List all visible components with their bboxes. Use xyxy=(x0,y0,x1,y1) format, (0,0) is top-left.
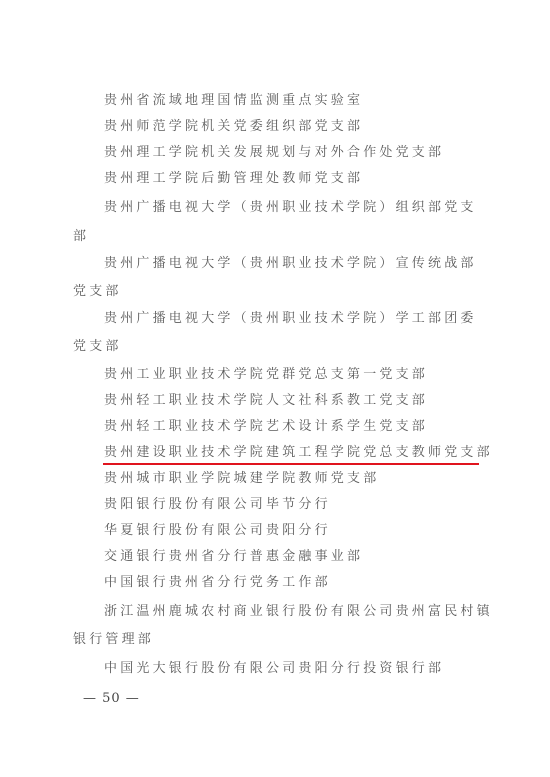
entry-line: 贵州省流域地理国情监测重点实验室 xyxy=(104,93,363,109)
entry-line-continuation: 部 xyxy=(73,229,89,245)
highlighted-entry-line: 贵州建设职业技术学院建筑工程学院党总支教师党支部 xyxy=(104,445,493,461)
entry-line: 贵州理工学院后勤管理处教师党支部 xyxy=(104,171,363,187)
entry-line: 贵州广播电视大学（贵州职业技术学院）组织部党支 xyxy=(104,200,477,216)
document-page: 贵州省流域地理国情监测重点实验室 贵州师范学院机关党委组织部党支部 贵州理工学院… xyxy=(0,0,550,777)
entry-line-continuation: 党支部 xyxy=(73,284,122,300)
entry-line: 中国银行贵州省分行党务工作部 xyxy=(104,575,331,591)
entry-line: 贵州广播电视大学（贵州职业技术学院）学工部团委 xyxy=(104,311,477,327)
entry-line: 贵州广播电视大学（贵州职业技术学院）宣传统战部 xyxy=(104,256,477,272)
entry-line-continuation: 党支部 xyxy=(73,339,122,355)
entry-line: 中国光大银行股份有限公司贵阳分行投资银行部 xyxy=(104,661,444,677)
page-number: — 50 — xyxy=(83,691,140,706)
entry-line: 贵州轻工职业技术学院艺术设计系学生党支部 xyxy=(104,419,428,435)
entry-line: 交通银行贵州省分行普惠金融事业部 xyxy=(104,549,363,565)
entry-line: 贵阳银行股份有限公司毕节分行 xyxy=(104,497,331,513)
entry-line: 贵州城市职业学院城建学院教师党支部 xyxy=(104,471,379,487)
entry-line: 浙江温州鹿城农村商业银行股份有限公司贵州富民村镇 xyxy=(104,604,493,620)
entry-line: 贵州工业职业技术学院党群党总支第一党支部 xyxy=(104,367,428,383)
red-underline xyxy=(103,463,479,465)
entry-line-continuation: 银行管理部 xyxy=(73,632,154,648)
entry-line: 贵州轻工职业技术学院人文社科系教工党支部 xyxy=(104,393,428,409)
entry-line: 华夏银行股份有限公司贵阳分行 xyxy=(104,523,331,539)
entry-line: 贵州师范学院机关党委组织部党支部 xyxy=(104,119,363,135)
entry-line: 贵州理工学院机关发展规划与对外合作处党支部 xyxy=(104,145,444,161)
